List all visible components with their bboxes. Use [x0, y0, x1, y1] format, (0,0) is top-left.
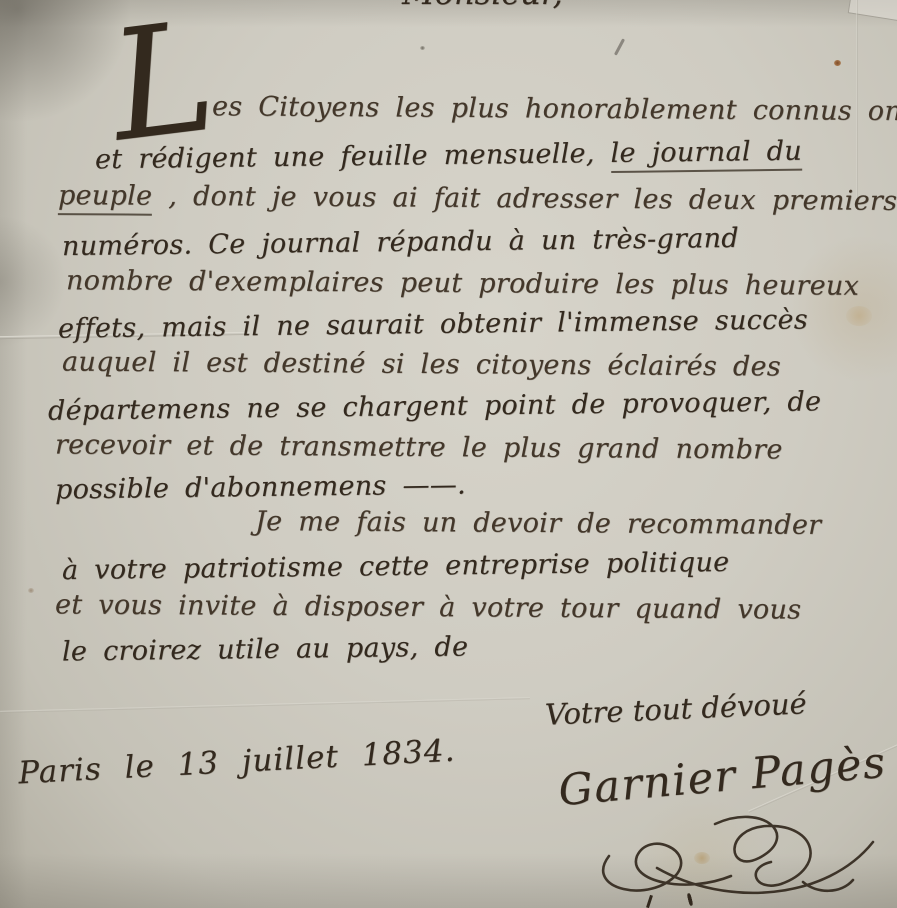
foxing-spot — [846, 306, 872, 326]
salutation-partial: Monsieur, — [402, 0, 563, 12]
letter-line: recevoir et de transmettre le plus grand… — [55, 429, 783, 465]
line-text: nombre d'exemplaires peut produire les p… — [66, 265, 859, 302]
line-text: à votre patriotisme cette entreprise pol… — [62, 547, 730, 586]
signature-flourish — [565, 798, 895, 908]
drop-cap-initial: L — [103, 0, 222, 163]
underlined-phrase: le journal du — [610, 136, 802, 173]
line-text: auquel il est destiné si les citoyens éc… — [62, 346, 781, 382]
line-text: effets, mais il ne saurait obtenir l'imm… — [58, 304, 808, 344]
line-text: numéros. Ce journal répandu à un très-gr… — [62, 223, 739, 262]
letter-line: es Citoyens les plus honorablement connu… — [212, 91, 897, 128]
line-text: Je me fais un devoir de recommander — [255, 506, 822, 541]
letter-line: Je me fais un devoir de recommander — [255, 506, 822, 541]
corner-sticker — [848, 0, 897, 22]
fold-crease — [0, 697, 530, 713]
line-text: , dont je vous ai fait adresser les deux… — [152, 181, 897, 217]
line-text: possible d'abonnemens ——. — [55, 469, 466, 505]
line-text: et vous invite à disposer à votre tour q… — [55, 589, 802, 625]
foxing-spot — [420, 46, 425, 50]
letter-line: à votre patriotisme cette entreprise pol… — [62, 547, 730, 586]
letter-line: auquel il est destiné si les citoyens éc… — [62, 346, 781, 382]
letter-line: numéros. Ce journal répandu à un très-gr… — [62, 223, 739, 262]
line-text: et rédigent une feuille mensuelle, — [95, 138, 611, 175]
letter-line: effets, mais il ne saurait obtenir l'imm… — [58, 304, 808, 344]
foxing-spot — [28, 588, 34, 593]
letter-paper: Monsieur, L es Citoyens les plus honorab… — [0, 0, 897, 908]
line-text: le croirez utile au pays, de — [62, 632, 469, 668]
letter-line: le croirez utile au pays, de — [62, 632, 469, 668]
dateline: Paris le 13 juillet 1834. — [17, 733, 456, 792]
letter-line: peuple , dont je vous ai fait adresser l… — [58, 180, 897, 217]
letter-line: et vous invite à disposer à votre tour q… — [55, 589, 802, 625]
foxing-spot — [834, 60, 841, 66]
line-text: es Citoyens les plus honorablement connu… — [212, 91, 897, 128]
line-text: recevoir et de transmettre le plus grand… — [55, 429, 783, 465]
letter-line: départemens ne se chargent point de prov… — [48, 386, 822, 426]
line-text: départemens ne se chargent point de prov… — [48, 386, 822, 426]
letter-line: nombre d'exemplaires peut produire les p… — [66, 265, 859, 302]
letter-line: possible d'abonnemens ——. — [55, 469, 466, 505]
closing-salutation: Votre tout dévoué — [544, 686, 807, 731]
pencil-mark — [614, 38, 625, 55]
underlined-phrase: peuple — [58, 180, 153, 216]
